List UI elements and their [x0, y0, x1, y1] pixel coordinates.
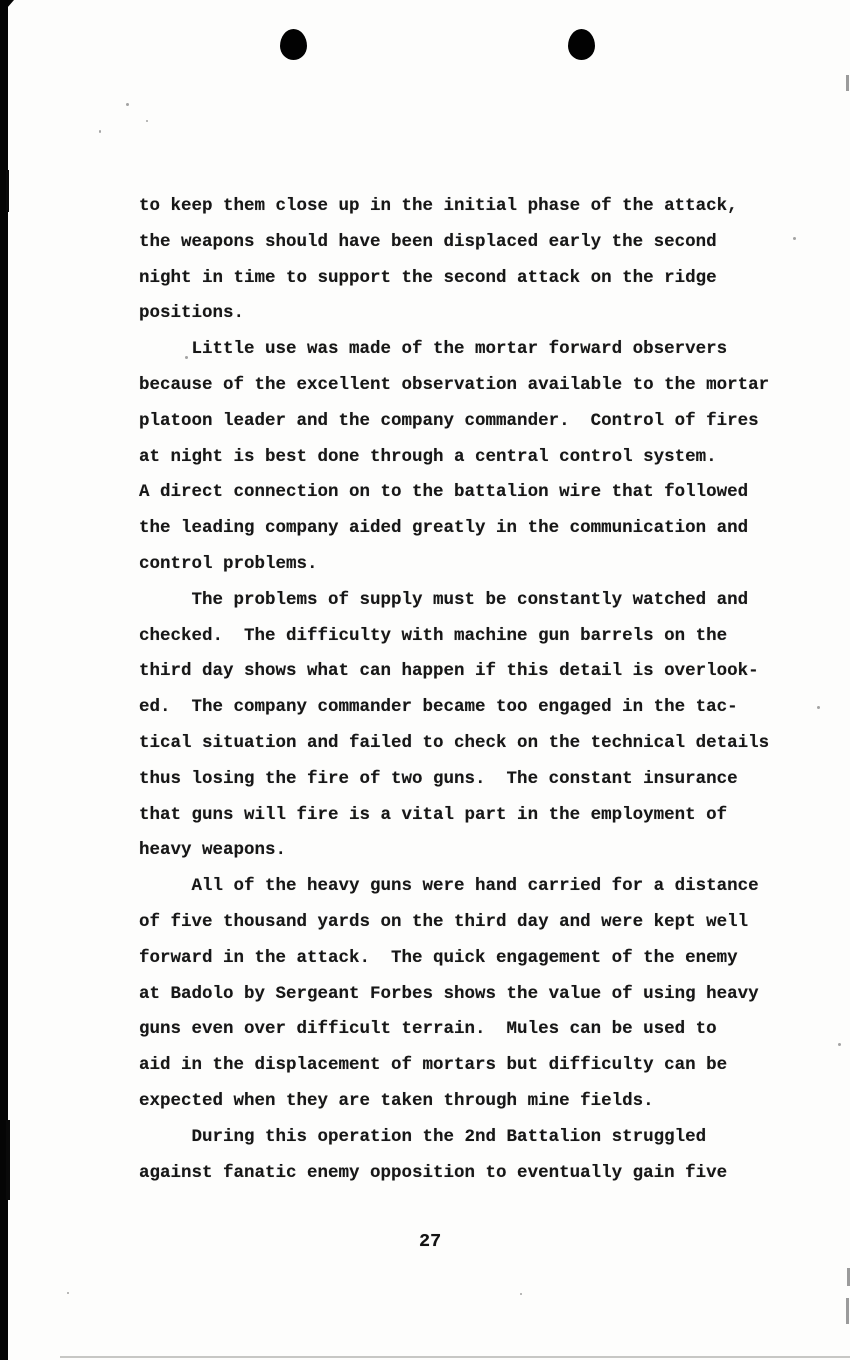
document-line: platoon leader and the company commander… [139, 404, 819, 440]
punch-hole [280, 29, 307, 60]
noise-speck [185, 356, 188, 359]
document-line: aid in the displacement of mortars but d… [139, 1048, 819, 1084]
document-body: to keep them close up in the initial pha… [139, 189, 819, 1191]
document-line: the leading company aided greatly in the… [139, 511, 819, 547]
noise-speck [126, 103, 129, 106]
document-line: positions. [139, 296, 819, 332]
scan-bottom-edge [60, 1356, 850, 1358]
document-line: at night is best done through a central … [139, 440, 819, 476]
document-line: tical situation and failed to check on t… [139, 726, 819, 762]
noise-speck [520, 1293, 522, 1295]
noise-speck [838, 1043, 841, 1046]
document-line: control problems. [139, 547, 819, 583]
scan-corner-artifact [0, 0, 14, 16]
document-line: thus losing the fire of two guns. The co… [139, 762, 819, 798]
document-line: at Badolo by Sergeant Forbes shows the v… [139, 977, 819, 1013]
punch-hole [568, 29, 595, 60]
page-number: 27 [419, 1231, 441, 1252]
document-line: of five thousand yards on the third day … [139, 905, 819, 941]
noise-speck [817, 706, 820, 709]
document-line: third day shows what can happen if this … [139, 654, 819, 690]
noise-speck [793, 237, 796, 240]
noise-speck [146, 120, 148, 122]
noise-speck [99, 130, 101, 133]
scan-edge-artifact [6, 1120, 10, 1200]
document-line: against fanatic enemy opposition to even… [139, 1156, 819, 1192]
document-line: All of the heavy guns were hand carried … [139, 869, 819, 905]
document-line: During this operation the 2nd Battalion … [139, 1120, 819, 1156]
document-line: The problems of supply must be constantl… [139, 583, 819, 619]
document-line: the weapons should have been displaced e… [139, 225, 819, 261]
noise-speck [67, 1292, 69, 1294]
document-line: because of the excellent observation ava… [139, 368, 819, 404]
document-line: to keep them close up in the initial pha… [139, 189, 819, 225]
document-line: guns even over difficult terrain. Mules … [139, 1012, 819, 1048]
document-line: ed. The company commander became too eng… [139, 690, 819, 726]
document-line: A direct connection on to the battalion … [139, 475, 819, 511]
document-line: night in time to support the second atta… [139, 261, 819, 297]
document-line: checked. The difficulty with machine gun… [139, 619, 819, 655]
document-line: expected when they are taken through min… [139, 1084, 819, 1120]
document-line: Little use was made of the mortar forwar… [139, 332, 819, 368]
scan-edge-artifact [846, 1298, 849, 1324]
scan-edge-artifact [6, 170, 9, 212]
document-line: that guns will fire is a vital part in t… [139, 798, 819, 834]
scan-edge-artifact [846, 75, 849, 91]
document-line: heavy weapons. [139, 833, 819, 869]
document-line: forward in the attack. The quick engagem… [139, 941, 819, 977]
